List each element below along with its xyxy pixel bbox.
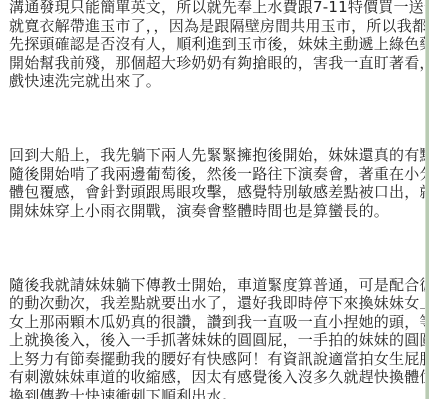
text-line: 先探頭確認是否沒有人，順利進到玉市後，妹妹主動遞上綠色藥水，就 (9, 35, 419, 54)
text-line: 開妹妹穿上小雨衣開戰，演奏會整體時間也是算蠻長的。 (9, 202, 419, 221)
text-line: 隨後開始啃了我兩邊葡萄後，然後一路往下演奏會，著重在小分身的整 (9, 165, 419, 184)
text-line: 隨後我就請妹妹躺下傳教士開始，車道緊度算普通，可是配合彼此節奏 (9, 276, 419, 295)
right-edge-border (425, 0, 429, 399)
text-line: 的動次動次，我差點就要出水了，還好我即時停下來換妹妹女上，妹妹 (9, 294, 419, 313)
text-line: 就寬衣解帶進玉市了，，因為是跟隔壁房間共用玉市，所以我都請妹妹 (9, 17, 419, 36)
text-line: 開始幫我前殘，那個超大珍奶奶有夠搶眼的，害我一直盯著看，前殘無 (9, 54, 419, 73)
text-line: 戲快速洗完就出來了。 (9, 72, 419, 91)
paragraph-1: 溝通發現只能簡單英文，所以就先奉上水費跟7-11特價買一送一珍奶， 就寬衣解帶進… (9, 0, 419, 91)
paragraph-spacer (9, 91, 419, 147)
text-line: 換到傳教士快速衝刺下順利出水。 (9, 387, 419, 399)
paragraph-3: 隨後我就請妹妹躺下傳教士開始，車道緊度算普通，可是配合彼此節奏 的動次動次，我差… (9, 276, 419, 399)
text-line: 上就換後入，後入一手抓著妹妹的圓圓屁，一手拍的妹妹的圓圓屁，加 (9, 331, 419, 350)
text-line: 體包覆感，會針對頭跟馬眼攻擊，感覺特別敏感差點被口出，就趕快推 (9, 183, 419, 202)
text-line: 溝通發現只能簡單英文，所以就先奉上水費跟7-11特價買一送一珍奶， (9, 0, 419, 17)
text-line: 女上那兩顆木瓜奶真的很讚，讚到我一直吸一直小捏她的頭，等妹妹女 (9, 313, 419, 332)
text-line: 有刺激妹妹車道的收縮感，因太有感覺後入沒多久就趕快換體位，最後 (9, 368, 419, 387)
paragraph-2: 回到大船上，我先躺下兩人先緊緊擁抱後開始，妹妹還真的有點份量， 隨後開始啃了我兩… (9, 146, 419, 220)
paragraph-spacer (9, 220, 419, 276)
text-line: 上努力有節奏擺動我的腰好有快感阿！有資訊說適當拍女生屁股，其實 (9, 350, 419, 369)
article-body: 溝通發現只能簡單英文，所以就先奉上水費跟7-11特價買一送一珍奶， 就寬衣解帶進… (9, 0, 419, 399)
text-line: 回到大船上，我先躺下兩人先緊緊擁抱後開始，妹妹還真的有點份量， (9, 146, 419, 165)
